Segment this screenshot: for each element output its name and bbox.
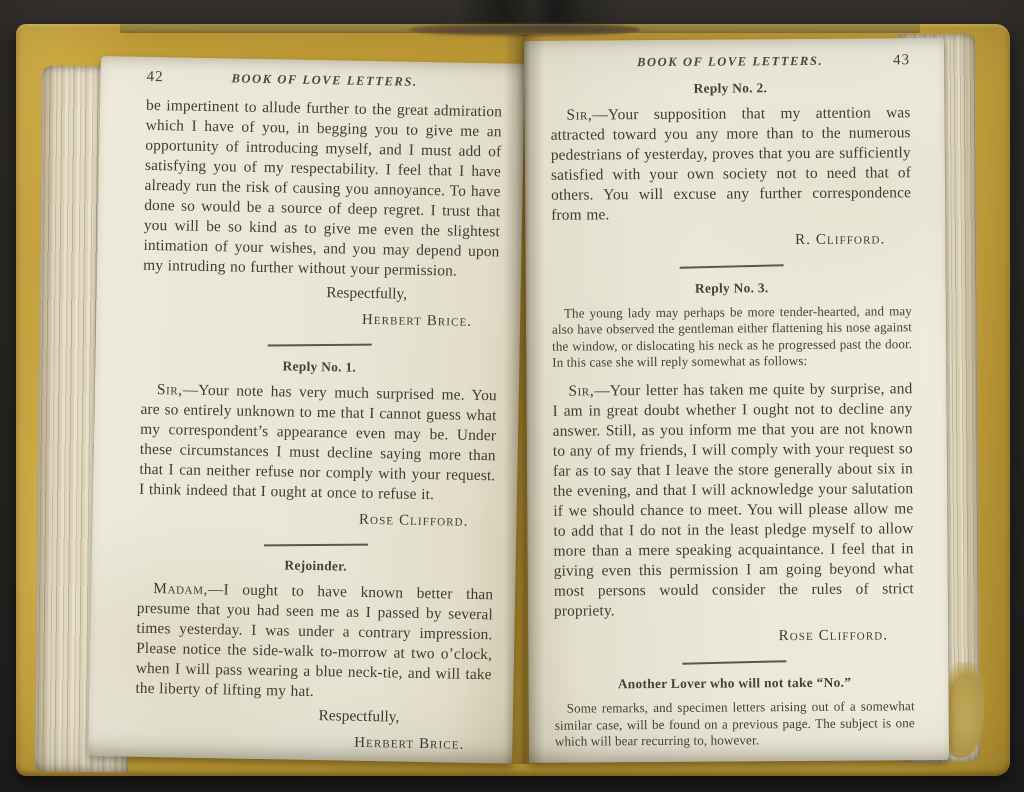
editorial-note: Some remarks, and specimen letters arisi… [555,698,915,750]
photo-background: 42 BOOK OF LOVE LETTERS. be impertinent … [0,0,1024,792]
section-divider [264,543,368,545]
letter-paragraph: Sir,—Your note has very much surprised m… [139,379,497,506]
running-head: BOOK OF LOVE LETTERS. [594,54,866,71]
header-spacer [459,87,503,88]
section-divider [268,344,372,346]
continuation-paragraph: be impertinent to allude further to the … [143,96,502,282]
page-number: 43 [866,52,910,69]
letter-closing: Respectfully, [143,280,499,307]
letter-paragraph: Sir,—Your supposition that my attention … [550,103,911,226]
section-heading: Reply No. 3. [552,279,912,298]
letter-body: —I ought to have known better than presu… [135,581,493,700]
editorial-note: The young lady may perhaps be more tende… [552,303,912,372]
page-number: 42 [146,69,190,87]
section-heading: Reply No. 2. [550,79,910,98]
letter-signature: Rose Clifford. [554,625,914,648]
letter-paragraph: Sir,—Your letter has taken me quite by s… [552,379,914,622]
right-page-header: BOOK OF LOVE LETTERS. 43 [550,52,910,72]
letter-signature: Herbert Brice. [134,729,490,756]
section-heading: Reply No. 1. [141,355,497,378]
section-divider [682,660,786,664]
left-page-content: 42 BOOK OF LOVE LETTERS. be impertinent … [88,56,525,764]
letter-body: —Your letter has taken me quite by surpr… [553,380,914,620]
salutation: Madam, [153,580,208,598]
letter-body: —Your supposition that my attention was … [551,104,912,224]
running-head: BOOK OF LOVE LETTERS. [190,71,458,91]
letter-signature: R. Clifford. [551,229,911,252]
section-heading: Another Lover who will not take “No.” [554,674,914,693]
salutation: Sir, [568,382,594,399]
left-page-header: 42 BOOK OF LOVE LETTERS. [146,69,502,93]
section-heading: Rejoinder. [138,555,494,578]
section-divider [680,264,784,268]
left-page: 42 BOOK OF LOVE LETTERS. be impertinent … [88,56,525,764]
right-page-content: BOOK OF LOVE LETTERS. 43 Reply No. 2. Si… [524,38,949,763]
letter-paragraph: Madam,—I ought to have known better than… [135,579,493,706]
cover-wear-patch [410,22,640,37]
right-page: BOOK OF LOVE LETTERS. 43 Reply No. 2. Si… [524,38,949,763]
letter-signature: Rose Clifford. [138,505,494,532]
salutation: Sir, [157,381,183,398]
salutation: Sir, [566,106,592,123]
letter-signature: Herbert Brice. [142,306,498,333]
letter-closing: Respectfully, [135,703,491,730]
letter-body: —Your note has very much surprised me. Y… [139,381,497,503]
